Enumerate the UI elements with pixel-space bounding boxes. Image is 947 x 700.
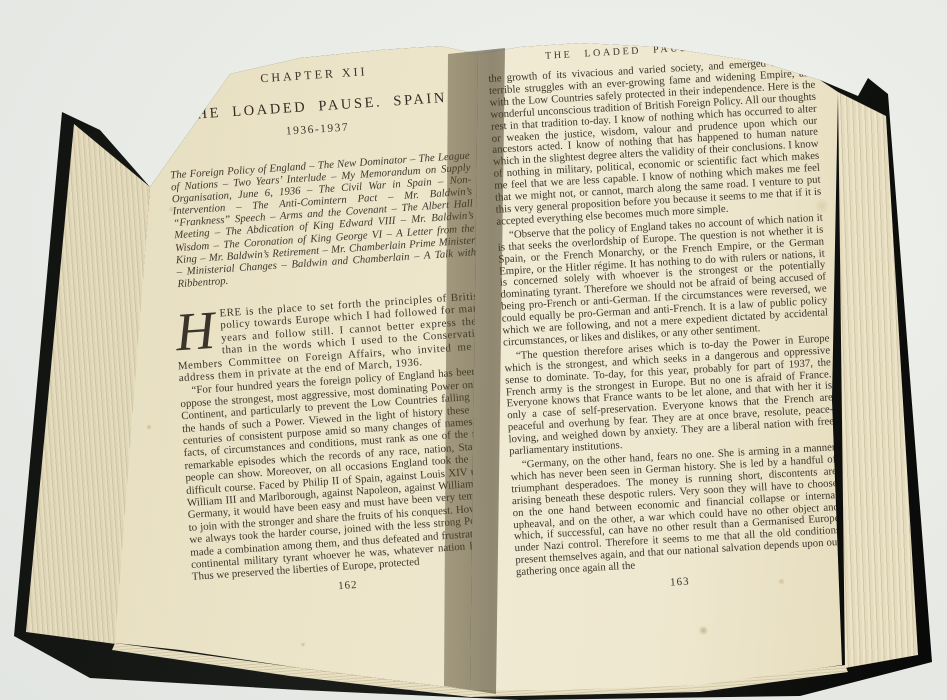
right-page-text-column: THE LOADED PAUSE. SPAIN the growth of it… (487, 36, 843, 597)
running-head: THE LOADED PAUSE. SPAIN (487, 36, 813, 65)
foxing-spot (698, 626, 709, 635)
right-paragraph-3: “The question therefore arises which is … (504, 333, 835, 458)
chapter-heading: CHAPTER XII (159, 57, 469, 93)
chapter-summary: The Foreign Policy of England – The New … (170, 150, 477, 291)
foxing-spot (300, 642, 306, 647)
right-paragraph-2: “Observe that the policy of England take… (497, 212, 829, 349)
right-paragraph-1: the growth of its vivacious and varied s… (488, 56, 822, 229)
right-paragraph-4: “Germany, on the other hand, fears no on… (510, 442, 842, 579)
foxing-spot (146, 424, 152, 430)
photo-background: CHAPTER XII THE LOADED PAUSE. SPAIN 1936… (0, 0, 947, 700)
drop-cap: H (174, 310, 216, 352)
